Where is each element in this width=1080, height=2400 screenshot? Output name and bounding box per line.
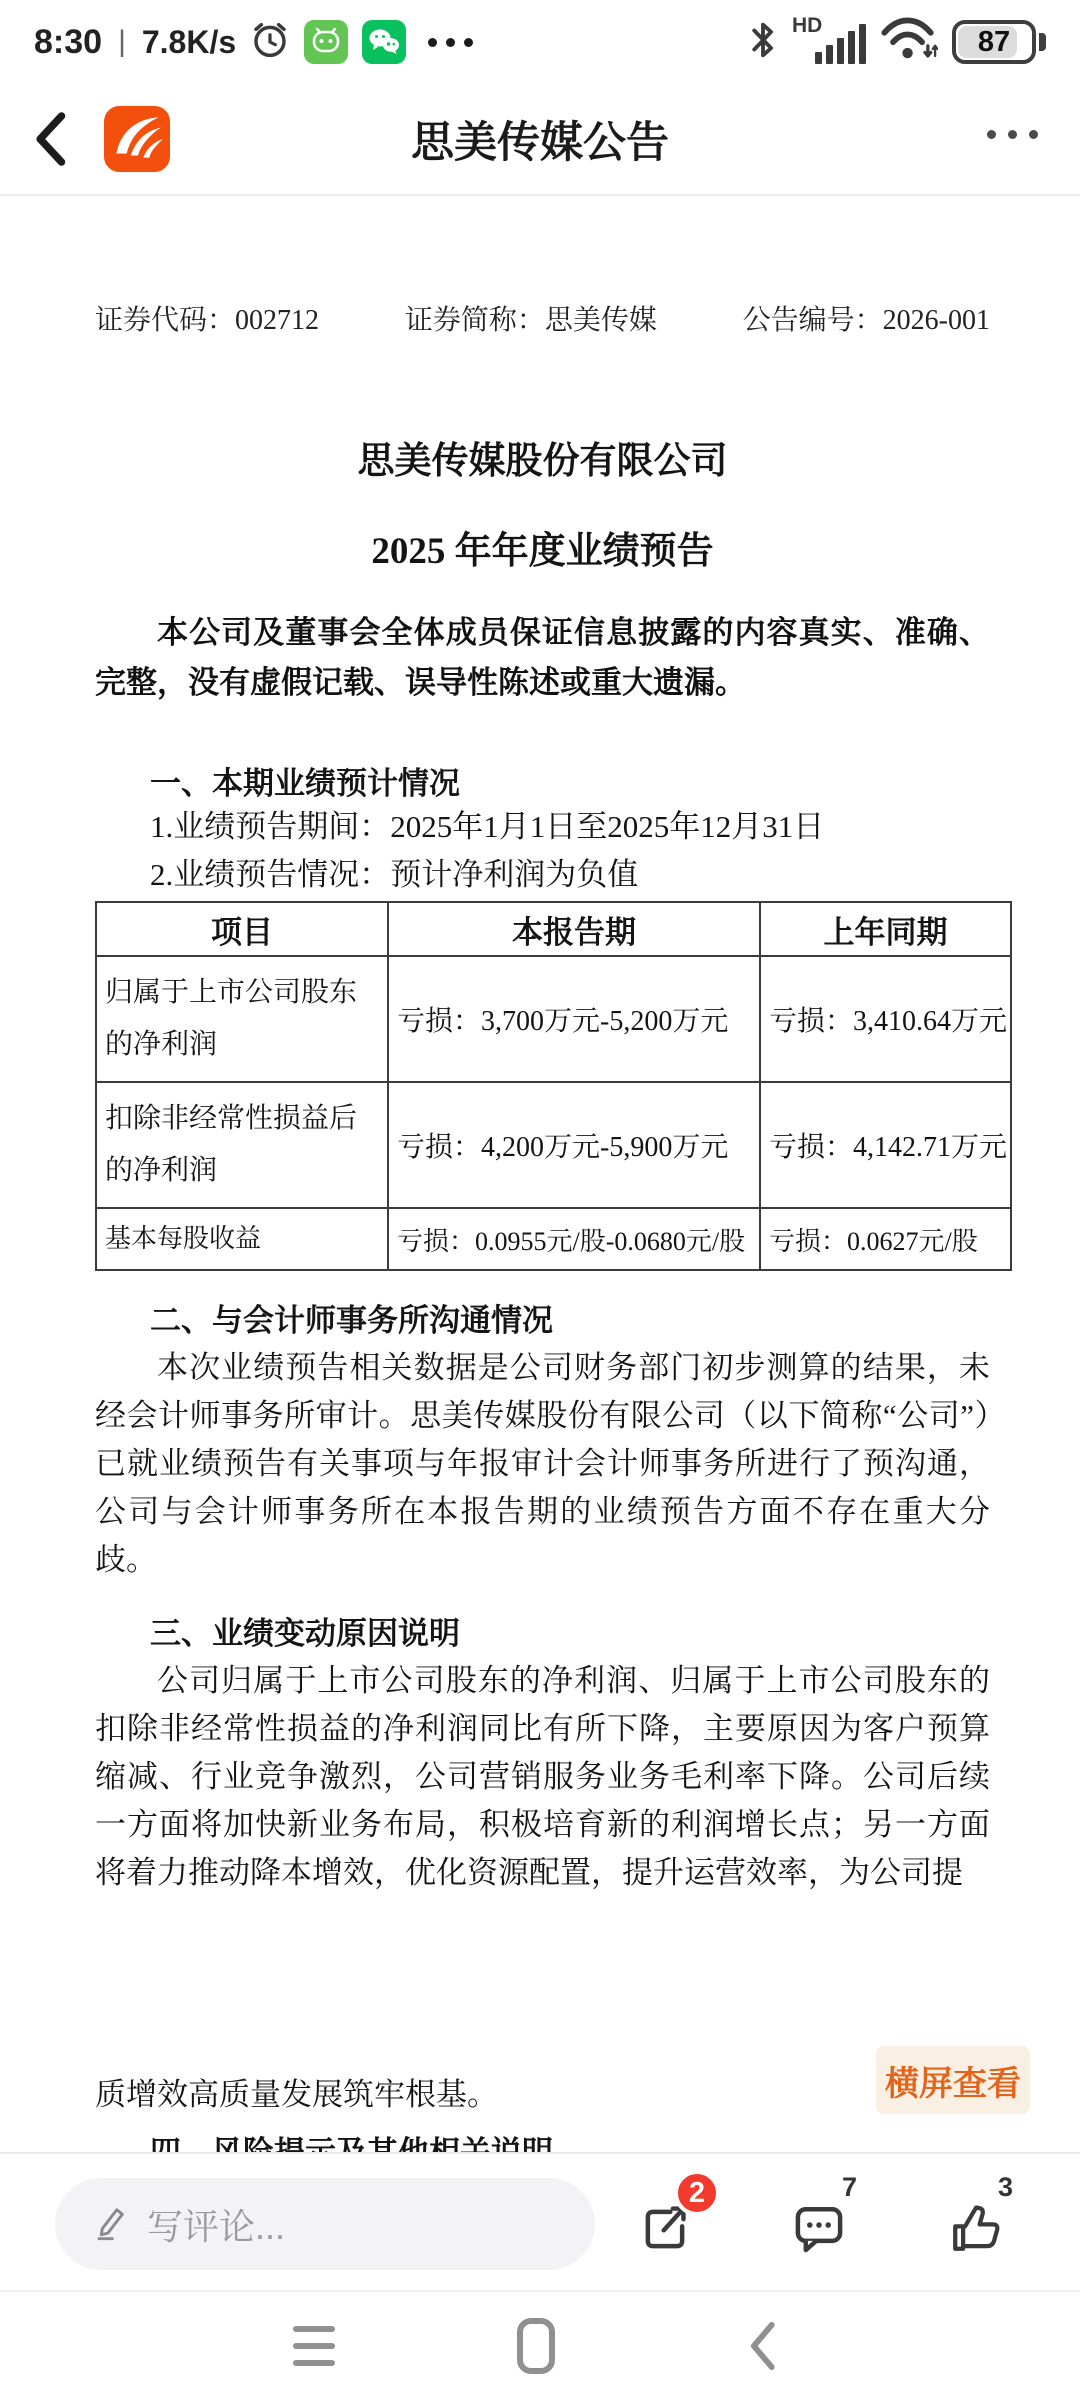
status-separator: | <box>118 25 126 59</box>
status-right: HD 87 <box>748 16 1046 69</box>
security-code: 证券代码：002712 <box>95 298 319 338</box>
home-square-icon <box>517 2318 555 2374</box>
nav-back-icon <box>745 2320 779 2372</box>
comments-count: 7 <box>842 2172 857 2203</box>
like-count: 3 <box>998 2172 1013 2203</box>
table-header-row: 项目 本报告期 上年同期 <box>96 902 1011 956</box>
disclaimer-paragraph: 本公司及董事会全体成员保证信息披露的内容真实、准确、完整，没有虚假记载、误导性陈… <box>95 608 990 708</box>
like-button[interactable]: 3 <box>940 2174 1010 2274</box>
nav-back-button[interactable] <box>702 2292 822 2400</box>
col-header-current: 本报告期 <box>388 902 760 956</box>
notification-app-icon <box>304 20 348 64</box>
col-header-item: 项目 <box>96 902 388 956</box>
app-header: 思美传媒公告 <box>0 84 1080 194</box>
landscape-view-button[interactable]: 横屏查看 <box>876 2046 1030 2114</box>
section2-continuation-line: 质增效高质量发展筑牢根基。 <box>95 2073 990 2117</box>
status-bar: 8:30 | 7.8K/s <box>0 0 1080 84</box>
announcement-document[interactable]: 证券代码：002712 证券简称：思美传媒 公告编号：2026-001 思美传媒… <box>0 196 1080 2163</box>
comment-placeholder: 写评论... <box>147 2199 285 2250</box>
wechat-notification-icon <box>362 20 406 64</box>
nav-menu-button[interactable] <box>254 2292 374 2400</box>
system-nav-bar <box>0 2292 1080 2400</box>
page-title: 思美传媒公告 <box>0 84 1080 194</box>
section3-paragraph: 公司归属于上市公司股东的净利润、归属于上市公司股东的扣除非经常性损益的净利润同比… <box>95 1657 990 1897</box>
section1-heading: 一、本期业绩预计情况 <box>95 758 990 803</box>
table-row: 扣除非经常性损益后的净利润 亏损：4,200万元-5,900万元 亏损：4,14… <box>96 1082 1011 1208</box>
clock-time: 8:30 <box>34 23 102 62</box>
section3-heading: 三、业绩变动原因说明 <box>95 1608 990 1653</box>
table-row: 归属于上市公司股东的净利润 亏损：3,700万元-5,200万元 亏损：3,41… <box>96 956 1011 1082</box>
battery-icon: 87 <box>952 20 1046 64</box>
bluetooth-icon <box>748 18 778 67</box>
alarm-icon <box>250 20 290 65</box>
section2-heading: 二、与会计师事务所沟通情况 <box>95 1295 990 1340</box>
section1-item1: 1.业绩预告期间：2025年1月1日至2025年12月31日 <box>95 803 990 851</box>
section1-item2: 2.业绩预告情况：预计净利润为负值 <box>95 851 990 899</box>
report-title: 2025 年年度业绩预告 <box>95 520 990 574</box>
comment-input[interactable]: 写评论... <box>55 2178 595 2270</box>
wifi-icon <box>880 16 938 69</box>
document-meta-row: 证券代码：002712 证券简称：思美传媒 公告编号：2026-001 <box>95 298 990 338</box>
col-header-prior: 上年同期 <box>760 902 1011 956</box>
comments-button[interactable]: 7 <box>784 2174 854 2274</box>
phone-screen: 8:30 | 7.8K/s <box>0 0 1080 2400</box>
announcement-number: 公告编号：2026-001 <box>743 298 990 338</box>
menu-icon <box>293 2326 335 2366</box>
pencil-icon <box>89 2202 129 2247</box>
network-speed: 7.8K/s <box>142 24 236 61</box>
comment-bar: 写评论... 2 7 3 <box>0 2152 1080 2292</box>
cell-signal-icon: HD <box>792 16 866 68</box>
performance-table: 项目 本报告期 上年同期 归属于上市公司股东的净利润 亏损：3,700万元-5,… <box>95 901 1012 1271</box>
company-title: 思美传媒股份有限公司 <box>95 430 990 484</box>
nav-home-button[interactable] <box>476 2292 596 2400</box>
share-badge: 2 <box>674 2170 720 2216</box>
share-button[interactable]: 2 <box>630 2174 700 2274</box>
next-page-fragment: 质增效高质量发展筑牢根基。 四、风险提示及其他相关说明 <box>95 2073 990 2163</box>
table-row: 基本每股收益 亏损：0.0955元/股-0.0680元/股 亏损：0.0627元… <box>96 1208 1011 1270</box>
battery-percent: 87 <box>978 26 1010 59</box>
status-left: 8:30 | 7.8K/s <box>34 20 473 65</box>
more-notifications-icon <box>428 38 473 47</box>
more-menu-button[interactable] <box>987 130 1038 139</box>
security-short-name: 证券简称：思美传媒 <box>405 298 657 338</box>
section2-paragraph: 本次业绩预告相关数据是公司财务部门初步测算的结果，未经会计师事务所审计。思美传媒… <box>95 1344 990 1584</box>
